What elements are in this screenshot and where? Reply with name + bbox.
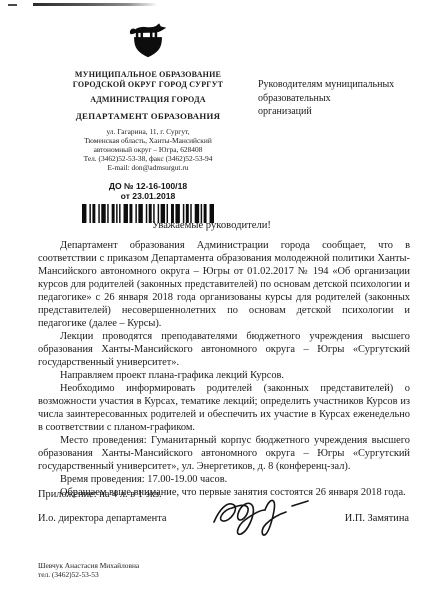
paragraph: Лекции проводятся преподавателями бюджет… xyxy=(38,330,410,369)
org-address-block: ул. Гагарина, 11, г. Сургут, Тюменская о… xyxy=(28,127,268,172)
signer-name: И.П. Замятина xyxy=(345,513,409,524)
org-name-line3: АДМИНИСТРАЦИЯ ГОРОДА xyxy=(28,95,268,105)
executor-phone: тел. (3462)52-53-53 xyxy=(38,570,139,579)
paragraph: Место проведения: Гуманитарный корпус бю… xyxy=(38,434,410,473)
address-email: E-mail: don@admsurgut.ru xyxy=(28,163,268,172)
paragraph: Необходимо информировать родителей (зако… xyxy=(38,382,410,434)
surgut-coat-of-arms-icon xyxy=(124,22,172,66)
scanned-letter-page: МУНИЦИПАЛЬНОЕ ОБРАЗОВАНИЕ ГОРОДСКОЙ ОКРУ… xyxy=(0,0,423,598)
registration-number: ДО № 12-16-100/18 xyxy=(28,181,268,191)
recipient-block: Руководителям муниципальных образователь… xyxy=(258,78,413,119)
executor-name: Шевчук Анастасия Михайловна xyxy=(38,561,139,570)
salutation: Уважаемые руководители! xyxy=(0,220,423,231)
signer-position: И.о. директора департамента xyxy=(38,513,167,524)
address-line: автономный округ – Югра, 628408 xyxy=(28,145,268,154)
scan-artifact-dash xyxy=(8,4,17,6)
recipient-line: образовательных xyxy=(258,92,413,106)
registration-date: от 23.01.2018 xyxy=(28,191,268,201)
org-name-line1: МУНИЦИПАЛЬНОЕ ОБРАЗОВАНИЕ xyxy=(28,70,268,80)
scan-artifact-smudge xyxy=(33,3,158,6)
recipient-line: организаций xyxy=(258,105,413,119)
handwritten-signature xyxy=(208,488,318,540)
address-line: Тюменская область, Ханты-Мансийский xyxy=(28,136,268,145)
recipient-line: Руководителям муниципальных xyxy=(258,78,413,92)
letterhead: МУНИЦИПАЛЬНОЕ ОБРАЗОВАНИЕ ГОРОДСКОЙ ОКРУ… xyxy=(28,22,268,223)
paragraph: Направляем проект плана-графика лекций К… xyxy=(38,369,410,382)
paragraph: Время проведения: 17.00-19.00 часов. xyxy=(38,473,410,486)
letter-body: Департамент образования Администрации го… xyxy=(38,239,410,499)
address-line: ул. Гагарина, 11, г. Сургут, xyxy=(28,127,268,136)
org-name-line2: ГОРОДСКОЙ ОКРУГ ГОРОД СУРГУТ xyxy=(28,80,268,90)
address-line: Тел. (3462)52-53-38, факс (3462)52-53-94 xyxy=(28,154,268,163)
department-name: ДЕПАРТАМЕНТ ОБРАЗОВАНИЯ xyxy=(28,111,268,121)
paragraph: Департамент образования Администрации го… xyxy=(38,239,410,330)
attachment-note: Приложение: на 4 л. в 1 экз. xyxy=(38,489,162,500)
executor-block: Шевчук Анастасия Михайловна тел. (3462)5… xyxy=(38,561,139,579)
registration-stamp: ДО № 12-16-100/18 от 23.01.2018 xyxy=(28,181,268,201)
